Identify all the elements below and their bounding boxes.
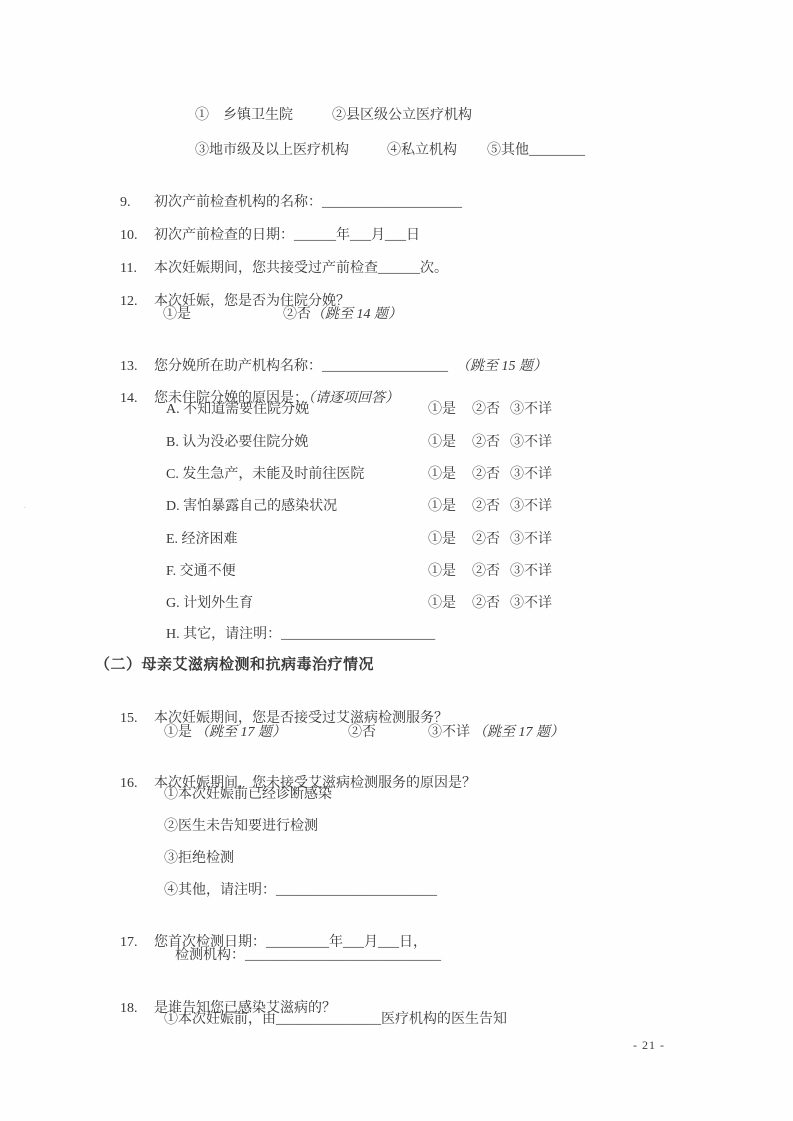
q14-item-e: E. 经济困难 ①是 ②否 ③不详 [166, 530, 793, 550]
answer-no: ②否 [472, 400, 500, 420]
question-15: 15.本次妊娠期间，您是否接受过艾滋病检测服务？ [106, 689, 448, 709]
q12-option-yes: ①是 [163, 305, 191, 325]
q14-item-label: C. 发生急产，未能及时前往医院 [166, 465, 364, 485]
q16-option-2: ②医生未告知要进行检测 [164, 817, 318, 837]
q14-item-label: B. 认为没必要住院分娩 [166, 433, 308, 453]
q14-item-label: D. 害怕暴露自己的感染状况 [166, 497, 337, 517]
q16-option-3: ③拒绝检测 [164, 849, 234, 869]
q14-item-label: H. 其它，请注明：______________________ [166, 625, 435, 645]
question-18: 18.是谁告知您已感染艾滋病的？ [106, 979, 336, 999]
section-title: （二）母亲艾滋病检测和抗病毒治疗情况 [95, 655, 374, 675]
q14-item-d: D. 害怕暴露自己的感染状况 ①是 ②否 ③不详 [166, 497, 793, 517]
q12-option-no-label: ②否 [283, 307, 311, 322]
q18-option-1: ①本次妊娠前，由_______________医疗机构的医生告知 [164, 1010, 507, 1030]
scan-artifact: · [23, 503, 26, 514]
q15-option-yes: ①是（跳至 17 题） [164, 723, 286, 743]
answer-yes: ①是 [428, 562, 456, 582]
q14-item-f: F. 交通不便 ①是 ②否 ③不详 [166, 562, 793, 582]
question-14: 14.您未住院分娩的原因是：（请逐项回答） [106, 369, 399, 389]
scanned-questionnaire-page: ① 乡镇卫生院 ②县区级公立医疗机构 ③地市级及以上医疗机构 ④私立机构 ⑤其他… [0, 0, 793, 1121]
q8-option-other-blank: ⑤其他________ [487, 141, 585, 161]
q15-option-yes-label: ①是 [164, 725, 192, 740]
question-16: 16.本次妊娠期间，您未接受艾滋病检测服务的原因是？ [106, 754, 476, 774]
q8-option-private-facility: ④私立机构 [387, 141, 457, 161]
q15-options-row: ①是（跳至 17 题） ②否 ③不详（跳至 17 题） [0, 723, 793, 743]
answer-unknown: ③不详 [510, 433, 552, 453]
answer-yes: ①是 [428, 530, 456, 550]
question-13: 13.您分娩所在助产机构名称：__________________（跳至 15 … [106, 337, 547, 357]
answer-no: ②否 [472, 465, 500, 485]
question-number: 17. [120, 933, 154, 953]
answer-unknown: ③不详 [510, 594, 552, 614]
q12-option-no: ②否（跳至 14 题） [283, 305, 402, 325]
page-number: - 21 - [633, 1035, 665, 1055]
q14-item-label: F. 交通不便 [166, 562, 236, 582]
q15-option-unknown-label: ③不详 [428, 725, 470, 740]
answer-unknown: ③不详 [510, 497, 552, 517]
question-11: 11.本次妊娠期间，您共接受过产前检查______次。 [106, 239, 448, 259]
answer-unknown: ③不详 [510, 400, 552, 420]
q8-option-township-hospital: ① 乡镇卫生院 [195, 106, 293, 126]
q14-item-a: A. 不知道需要住院分娩 ①是 ②否 ③不详 [166, 400, 793, 420]
answer-unknown: ③不详 [510, 562, 552, 582]
answer-unknown: ③不详 [510, 465, 552, 485]
question-17: 17.您首次检测日期：_________年___月___日， [106, 913, 427, 933]
q14-item-g: G. 计划外生育 ①是 ②否 ③不详 [166, 594, 793, 614]
q15-option-unknown: ③不详（跳至 17 题） [428, 723, 564, 743]
answer-no: ②否 [472, 530, 500, 550]
answer-no: ②否 [472, 562, 500, 582]
q15-skip-note-yes: （跳至 17 题） [195, 725, 286, 740]
q17-testing-facility-blank: 检测机构：____________________________ [175, 946, 441, 966]
q14-item-label: G. 计划外生育 [166, 594, 253, 614]
q12-skip-note: （跳至 14 题） [311, 307, 402, 322]
answer-no: ②否 [472, 497, 500, 517]
q12-options-row: ①是 ②否（跳至 14 题） [0, 305, 793, 325]
q16-option-1: ①本次妊娠前已经诊断感染 [164, 785, 332, 805]
answer-no: ②否 [472, 433, 500, 453]
q14-item-label: E. 经济困难 [166, 530, 238, 550]
question-12: 12.本次妊娠，您是否为住院分娩？ [106, 272, 350, 292]
answer-yes: ①是 [428, 433, 456, 453]
q8-option-county-public-facility: ②县区级公立医疗机构 [332, 106, 472, 126]
answer-yes: ①是 [428, 465, 456, 485]
q8-option-city-level-facility: ③地市级及以上医疗机构 [195, 141, 349, 161]
q15-option-no: ②否 [348, 723, 376, 743]
answer-unknown: ③不详 [510, 530, 552, 550]
q16-option-4-other-blank: ④其他，请注明：_______________________ [164, 881, 437, 901]
question-number: 14. [120, 389, 154, 409]
answer-yes: ①是 [428, 400, 456, 420]
answer-yes: ①是 [428, 594, 456, 614]
question-number: 16. [120, 774, 154, 794]
q8-options-row1: ① 乡镇卫生院 ②县区级公立医疗机构 [0, 106, 793, 126]
q14-item-c: C. 发生急产，未能及时前往医院 ①是 ②否 ③不详 [166, 465, 793, 485]
q14-item-label: A. 不知道需要住院分娩 [166, 400, 309, 420]
question-10: 10.初次产前检查的日期：______年___月___日 [106, 206, 420, 226]
q14-item-b: B. 认为没必要住院分娩 ①是 ②否 ③不详 [166, 433, 793, 453]
question-number: 18. [120, 999, 154, 1019]
q14-item-h: H. 其它，请注明：______________________ [166, 625, 793, 645]
answer-yes: ①是 [428, 497, 456, 517]
question-9: 9.初次产前检查机构的名称：____________________ [106, 173, 462, 193]
answer-no: ②否 [472, 594, 500, 614]
q8-options-row2: ③地市级及以上医疗机构 ④私立机构 ⑤其他________ [0, 141, 793, 161]
q13-skip-note: （跳至 15 题） [456, 359, 547, 374]
q15-skip-note-unknown: （跳至 17 题） [473, 725, 564, 740]
